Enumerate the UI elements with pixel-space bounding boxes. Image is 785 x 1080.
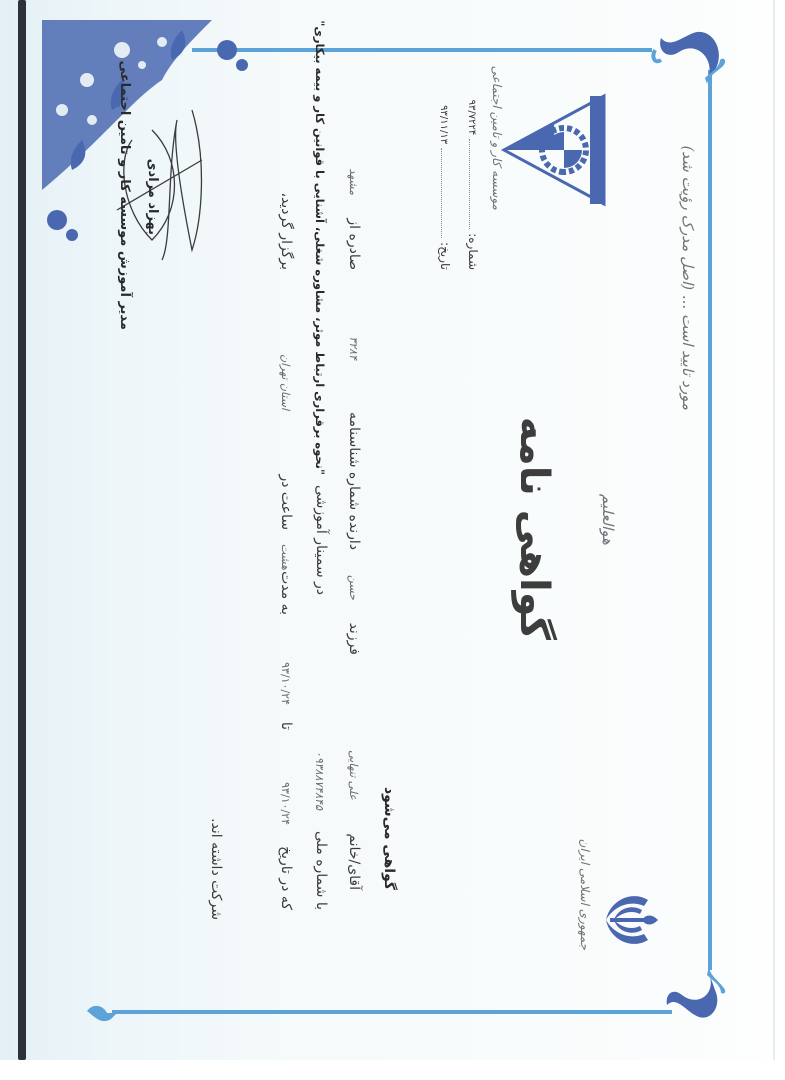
label-seminar: در سمینار آموزشی (313, 485, 329, 595)
iran-emblem-icon (602, 890, 662, 950)
reference-date-label: تاریخ: (438, 242, 452, 270)
national-id-value: ۰۹۳۸۸۷۴۸۴۵ (313, 751, 326, 810)
label-from-date: که در تاریخ (278, 846, 294, 910)
institute-logo-caption: موسسه کار و تامین اجتماعی (490, 66, 504, 210)
issued-from-value: مشهد (347, 168, 360, 195)
corner-swirl-icon (77, 995, 117, 1035)
corner-swirl-icon (647, 20, 737, 90)
binding-strip (18, 0, 26, 1060)
label-to: تا (278, 722, 294, 730)
corner-swirl-icon (657, 965, 737, 1035)
top-border-line (708, 70, 712, 970)
seminar-title: "نحوه برقراری ارتباط موثر، مشاوره شغلی، … (313, 20, 327, 475)
province-value: استان تهران (279, 354, 292, 410)
hours-value: هشت (279, 544, 292, 570)
reference-date: تاریخ:۹۳/۱۱/۱۳ (438, 105, 452, 270)
scanned-page: مورد تایید است ... (اصل مدرک رؤیت شد) جم… (0, 0, 785, 1080)
institute-logo-icon (502, 90, 612, 210)
reference-number-label: شماره: (466, 233, 480, 270)
to-date-value: ۹۳/۱۰/۲۴ (279, 662, 292, 705)
page-edge (773, 0, 775, 1060)
reference-date-value: ۹۳/۱۱/۱۳ (438, 105, 449, 144)
reference-number: شماره:۹۳/۷۲۲۴ (466, 100, 480, 270)
page-bottom-margin (0, 1060, 785, 1080)
label-hours: ساعت در (278, 474, 294, 530)
signatory-position: مدیر آموزش موسسه کار و تامین اجتماعی (117, 61, 132, 330)
label-held: برگزار گردید، (278, 193, 294, 271)
certificate-title: گواهی نامه (511, 417, 557, 640)
handwritten-note: مورد تایید است ... (اصل مدرک رؤیت شد) (679, 145, 697, 410)
bismillah-text: هوالعلیم (599, 494, 617, 545)
label-duration: به مدت (278, 571, 294, 615)
certificate: مورد تایید است ... (اصل مدرک رؤیت شد) جم… (42, 10, 742, 1050)
id-number-value: ۳۲۸۴ (347, 336, 360, 360)
label-id-number: دارنده شماره شناسنامه (346, 412, 362, 550)
closing-text: شرکت داشته اند. (208, 818, 224, 920)
intro-text: گواهی می‌شود (381, 787, 397, 890)
label-name: آقای/خانم (346, 833, 362, 890)
father-value: حسن (347, 575, 360, 600)
name-value: علی تنهایی (347, 750, 360, 800)
emblem-caption: جمهوری اسلامی ایران (578, 839, 592, 950)
label-father: فرزند (346, 623, 362, 655)
right-border-line (112, 1010, 672, 1014)
label-national-id: با شماره ملی (313, 831, 329, 910)
signatory-name: بهزاد مرادی (145, 159, 160, 235)
label-issued-from: صادره از (346, 218, 362, 270)
from-date-value: ۹۳/۱۰/۲۴ (279, 782, 292, 825)
reference-number-value: ۹۳/۷۲۲۴ (466, 100, 477, 136)
